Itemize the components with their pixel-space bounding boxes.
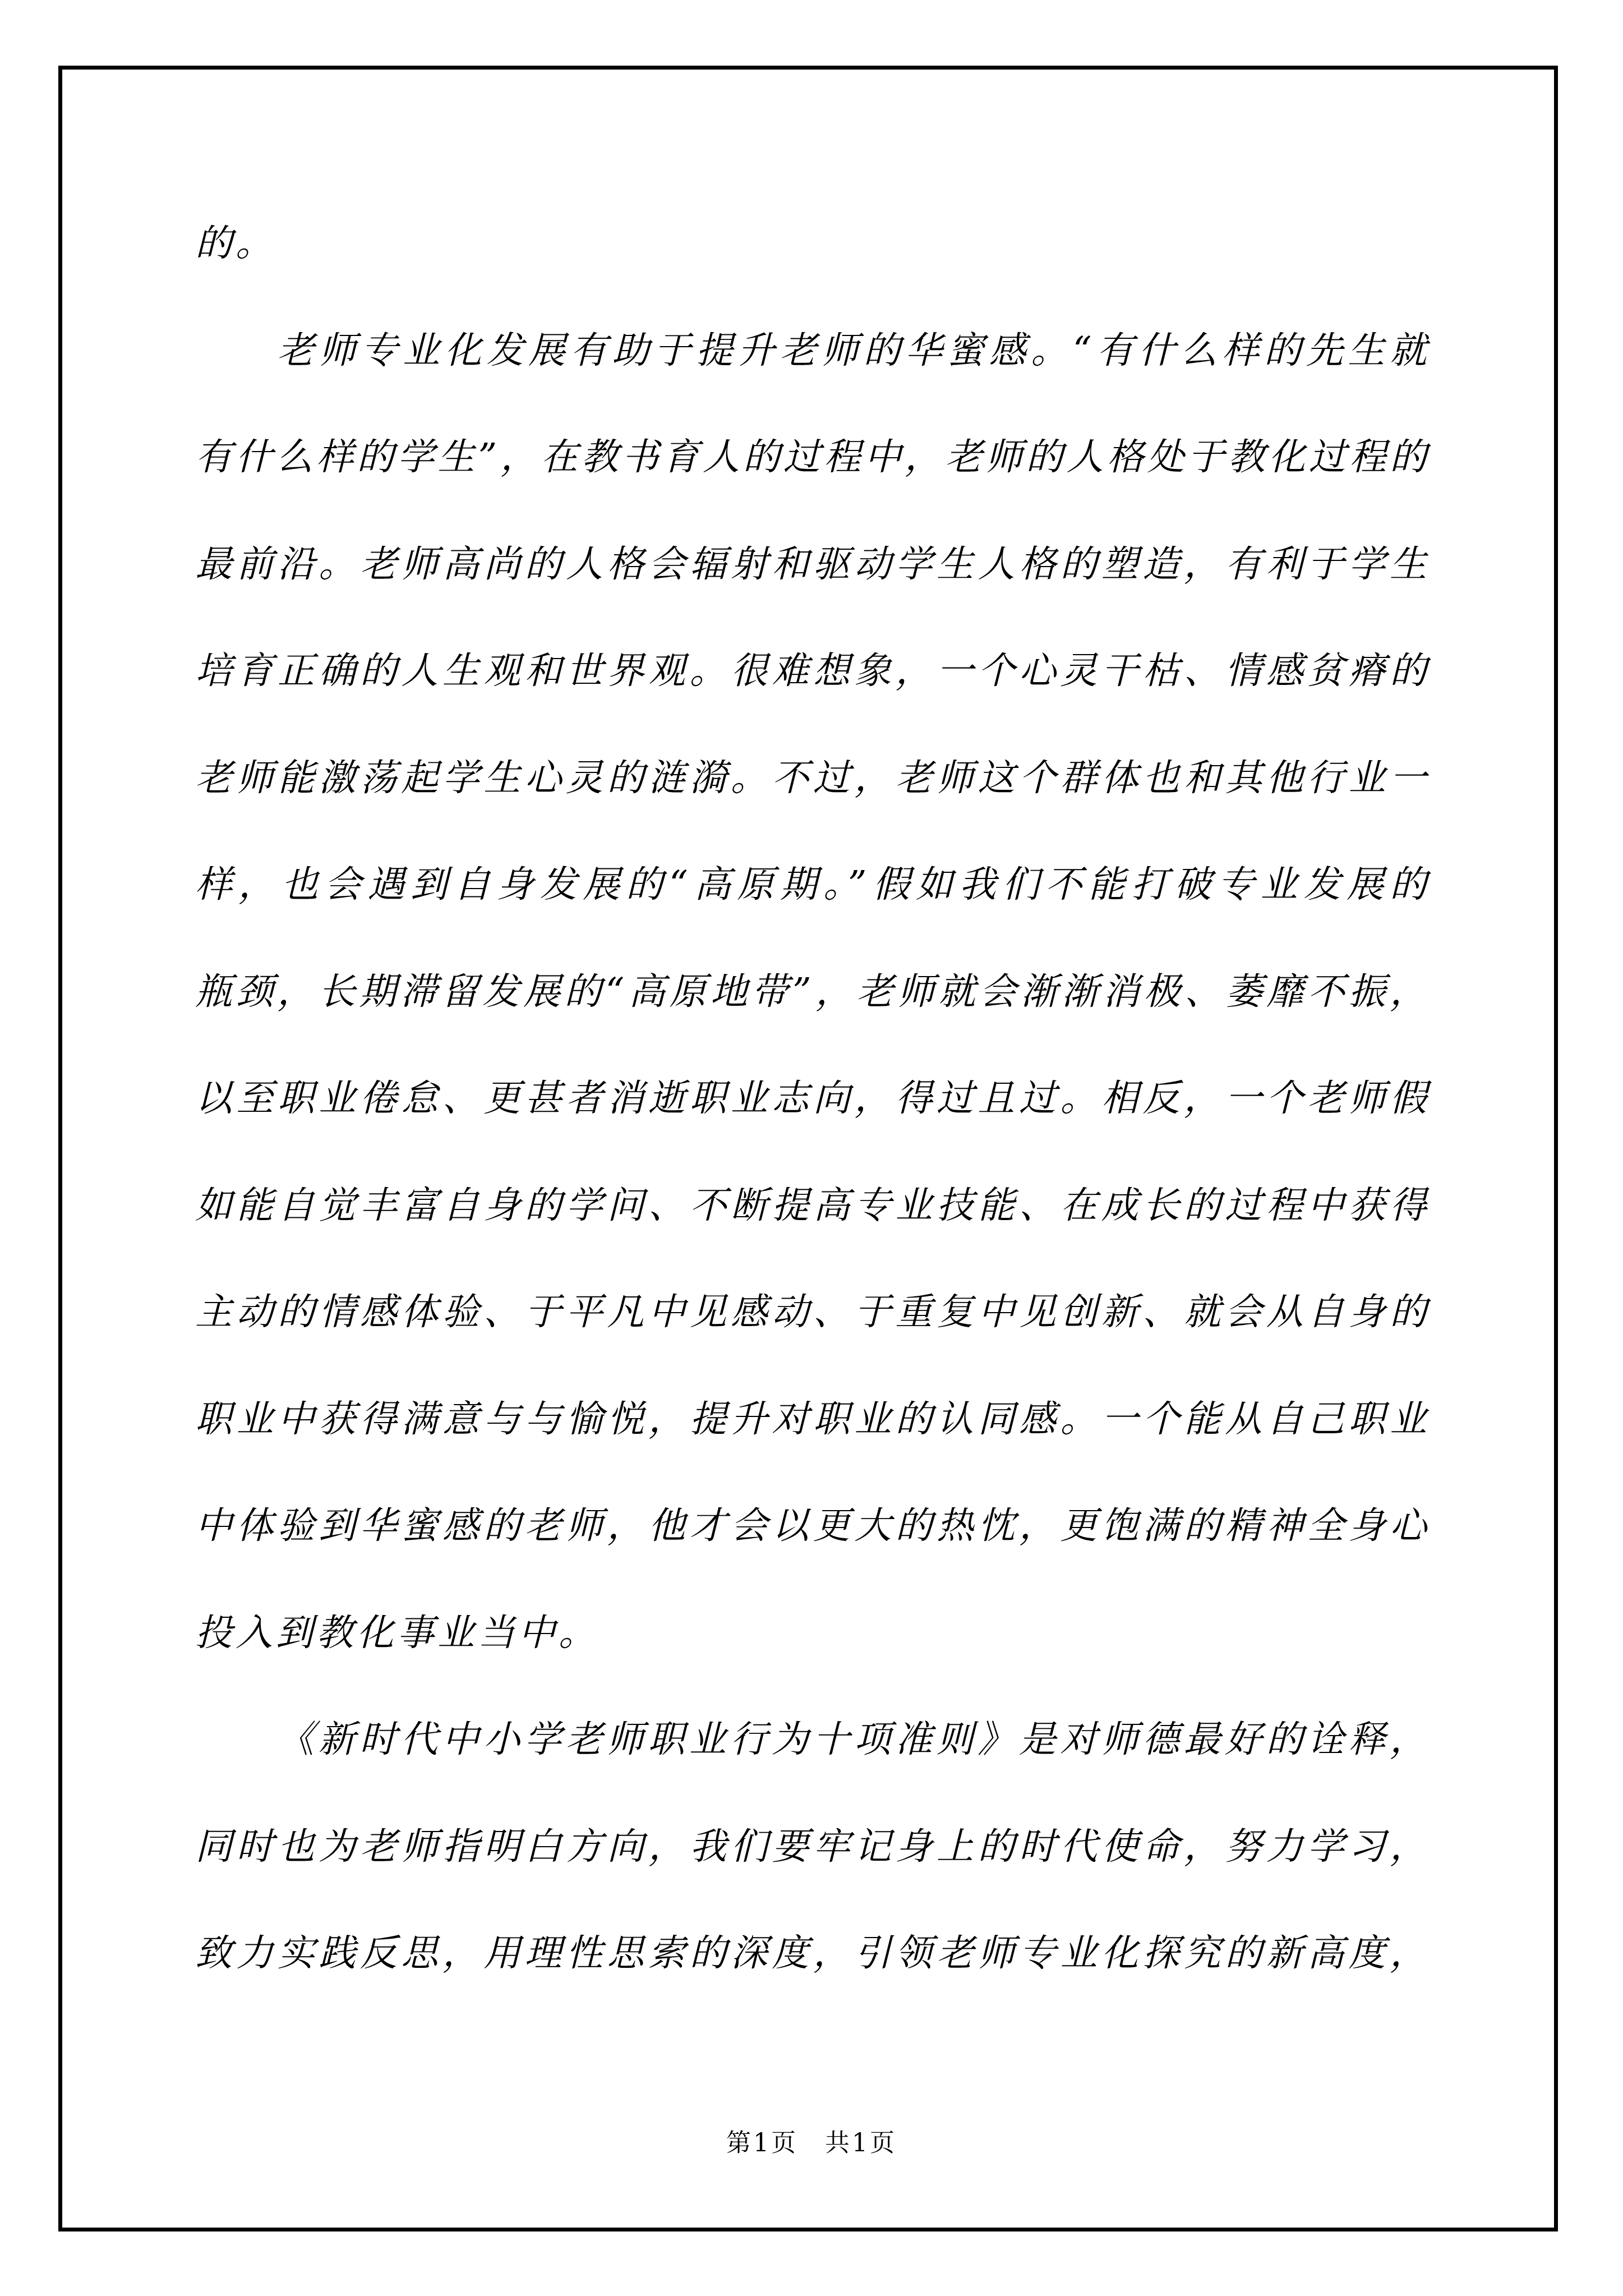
text-line: 同时也为老师指明白方向，我们要牢记身上的时代使命，努力学习， — [195, 1793, 1427, 1901]
text-line: 主动的情感体验、于平凡中见感动、于重复中见创新、就会从自身的 — [195, 1259, 1427, 1366]
text-line: 样，也会遇到自身发展的“高原期。”假如我们不能打破专业发展的 — [195, 831, 1427, 938]
text-line: 有什么样的学生”，在教书育人的过程中，老师的人格处于教化过程的 — [195, 404, 1427, 511]
document-page: { "colors": { "background": "#ffffff", "… — [0, 0, 1623, 2296]
text-line: 职业中获得满意与与愉悦，提升对职业的认同感。一个能从自己职业 — [195, 1366, 1427, 1473]
text-line: 瓶颈，长期滞留发展的“高原地带”，老师就会渐渐消极、萎靡不振， — [195, 938, 1427, 1046]
text-line: 老师能激荡起学生心灵的涟漪。不过，老师这个群体也和其他行业一 — [195, 725, 1427, 832]
text-line: 老师专业化发展有助于提升老师的华蜜感。“有什么样的先生就 — [195, 297, 1427, 404]
text-line: 中体验到华蜜感的老师，他才会以更大的热忱，更饱满的精神全身心 — [195, 1473, 1427, 1580]
text-line: 最前沿。老师高尚的人格会辐射和驱动学生人格的塑造，有利于学生 — [195, 511, 1427, 618]
text-line: 的。 — [195, 190, 1427, 297]
text-line: 培育正确的人生观和世界观。很难想象，一个心灵干枯、情感贫瘠的 — [195, 618, 1427, 725]
text-line: 以至职业倦怠、更甚者消逝职业志向，得过且过。相反，一个老师假 — [195, 1045, 1427, 1152]
text-line: 致力实践反思，用理性思索的深度，引领老师专业化探究的新高度， — [195, 1900, 1427, 2007]
text-line: 投入到教化事业当中。 — [195, 1580, 1427, 1687]
page-number-footer: 第1页 共1页 — [0, 2125, 1623, 2162]
document-body: 的。老师专业化发展有助于提升老师的华蜜感。“有什么样的先生就有什么样的学生”，在… — [195, 190, 1427, 2007]
text-line: 《新时代中小学老师职业行为十项准则》是对师德最好的诠释， — [195, 1686, 1427, 1793]
text-line: 如能自觉丰富自身的学问、不断提高专业技能、在成长的过程中获得 — [195, 1152, 1427, 1259]
